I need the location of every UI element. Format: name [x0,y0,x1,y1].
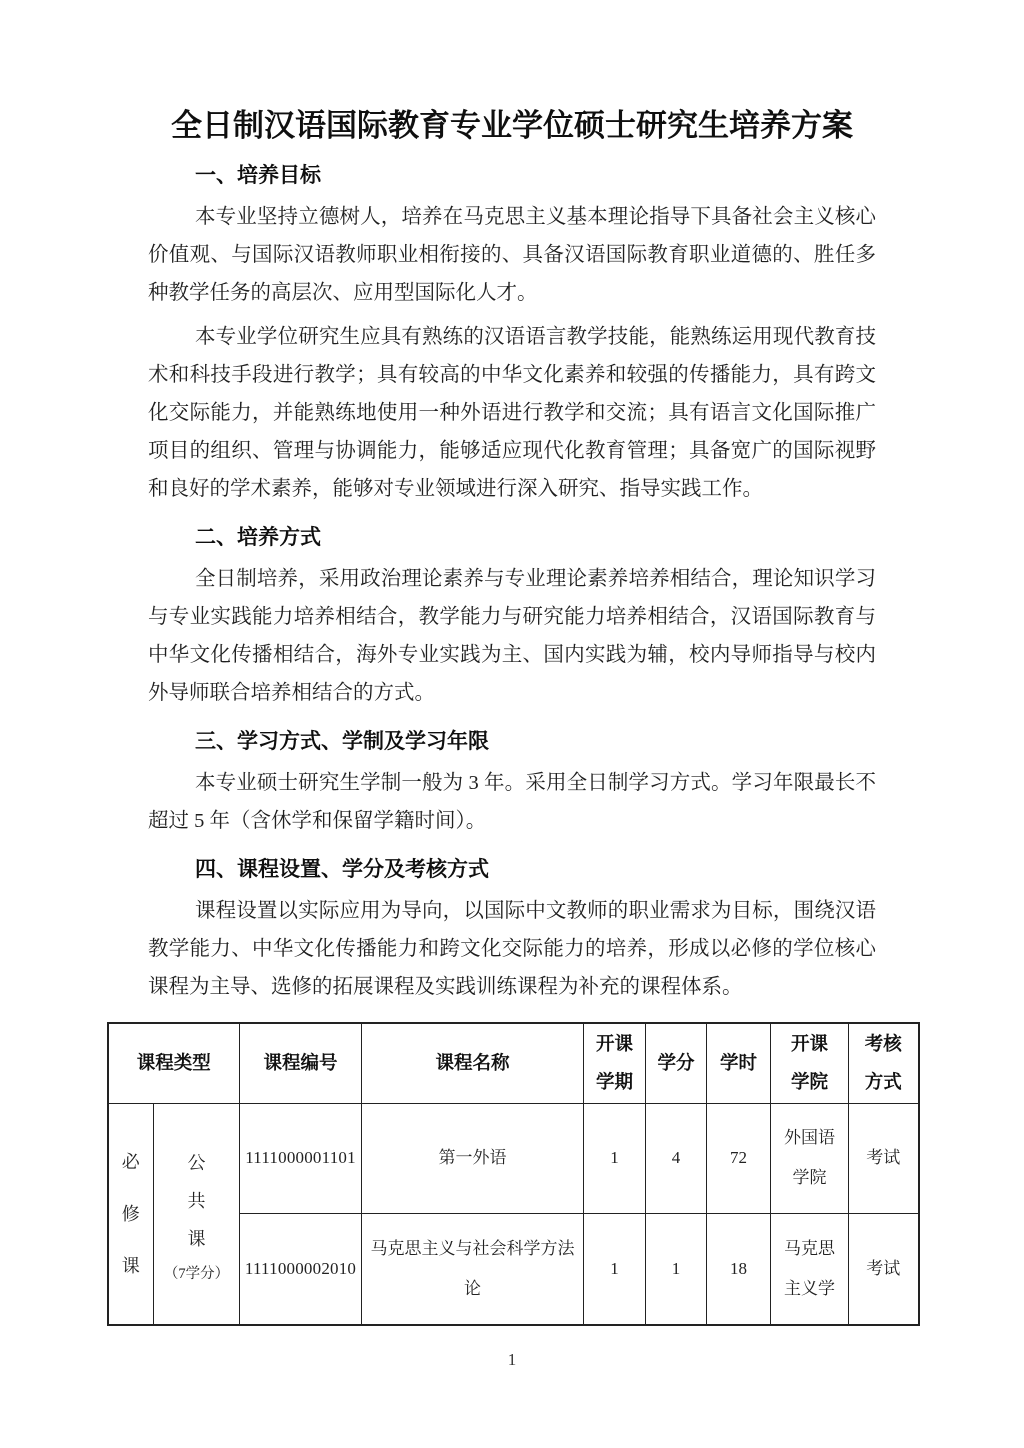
course-subtype-label: 公共课 [187,1144,207,1258]
paragraph: 全日制培养，采用政治理论素养与专业理论素养培养相结合，理论知识学习与专业实践能力… [148,560,876,712]
cell-course-name: 第一外语 [362,1103,584,1213]
col-header-course-type: 课程类型 [108,1023,240,1103]
cell-assessment: 考试 [849,1103,919,1213]
paragraph: 本专业学位研究生应具有熟练的汉语语言教学技能，能熟练运用现代教育技术和科技手段进… [148,318,876,508]
paragraph: 本专业坚持立德树人，培养在马克思主义基本理论指导下具备社会主义核心价值观、与国际… [148,198,876,312]
col-header-hours: 学时 [707,1023,771,1103]
document-body: 一、培养目标 本专业坚持立德树人，培养在马克思主义基本理论指导下具备社会主义核心… [0,162,1024,1006]
cell-course-subtype: 公共课 （7学分） [154,1103,240,1325]
section-heading-4: 四、课程设置、学分及考核方式 [148,856,876,884]
document-title: 全日制汉语国际教育专业学位硕士研究生培养方案 [0,106,1024,146]
cell-semester: 1 [584,1103,646,1213]
cell-semester: 1 [584,1213,646,1324]
col-header-course-code: 课程编号 [240,1023,362,1103]
section-heading-3: 三、学习方式、学制及学习年限 [148,728,876,756]
cell-assessment: 考试 [849,1213,919,1324]
page-number: 1 [0,1350,1024,1370]
course-table: 课程类型 课程编号 课程名称 开课 学期 学分 学时 开课 学院 考核 方式 必… [107,1022,920,1326]
course-table-wrapper: 课程类型 课程编号 课程名称 开课 学期 学分 学时 开课 学院 考核 方式 必… [107,1022,918,1326]
table-row: 必修课 公共课 （7学分） 1111000001101 第一外语 1 4 72 … [108,1103,919,1213]
table-header-row: 课程类型 课程编号 课程名称 开课 学期 学分 学时 开课 学院 考核 方式 [108,1023,919,1103]
col-header-course-name: 课程名称 [362,1023,584,1103]
col-header-college: 开课 学院 [771,1023,849,1103]
cell-credits: 1 [646,1213,707,1324]
cell-course-name: 马克思主义与社会科学方法论 [362,1213,584,1324]
cell-course-code: 1111000002010 [240,1213,362,1324]
cell-hours: 72 [707,1103,771,1213]
cell-hours: 18 [707,1213,771,1324]
paragraph: 课程设置以实际应用为导向，以国际中文教师的职业需求为目标，围绕汉语教学能力、中华… [148,892,876,1006]
col-header-credits: 学分 [646,1023,707,1103]
section-heading-1: 一、培养目标 [148,162,876,190]
course-subtype-credits-note: （7学分） [158,1264,235,1284]
course-type-label: 必修课 [121,1136,141,1292]
cell-college: 马克思 主义学 [771,1213,849,1324]
cell-course-type: 必修课 [108,1103,154,1325]
cell-credits: 4 [646,1103,707,1213]
document-page: 全日制汉语国际教育专业学位硕士研究生培养方案 一、培养目标 本专业坚持立德树人，… [0,0,1024,1448]
col-header-semester: 开课 学期 [584,1023,646,1103]
cell-course-code: 1111000001101 [240,1103,362,1213]
cell-college: 外国语 学院 [771,1103,849,1213]
section-heading-2: 二、培养方式 [148,524,876,552]
paragraph: 本专业硕士研究生学制一般为 3 年。采用全日制学习方式。学习年限最长不超过 5 … [148,764,876,840]
col-header-assessment: 考核 方式 [849,1023,919,1103]
